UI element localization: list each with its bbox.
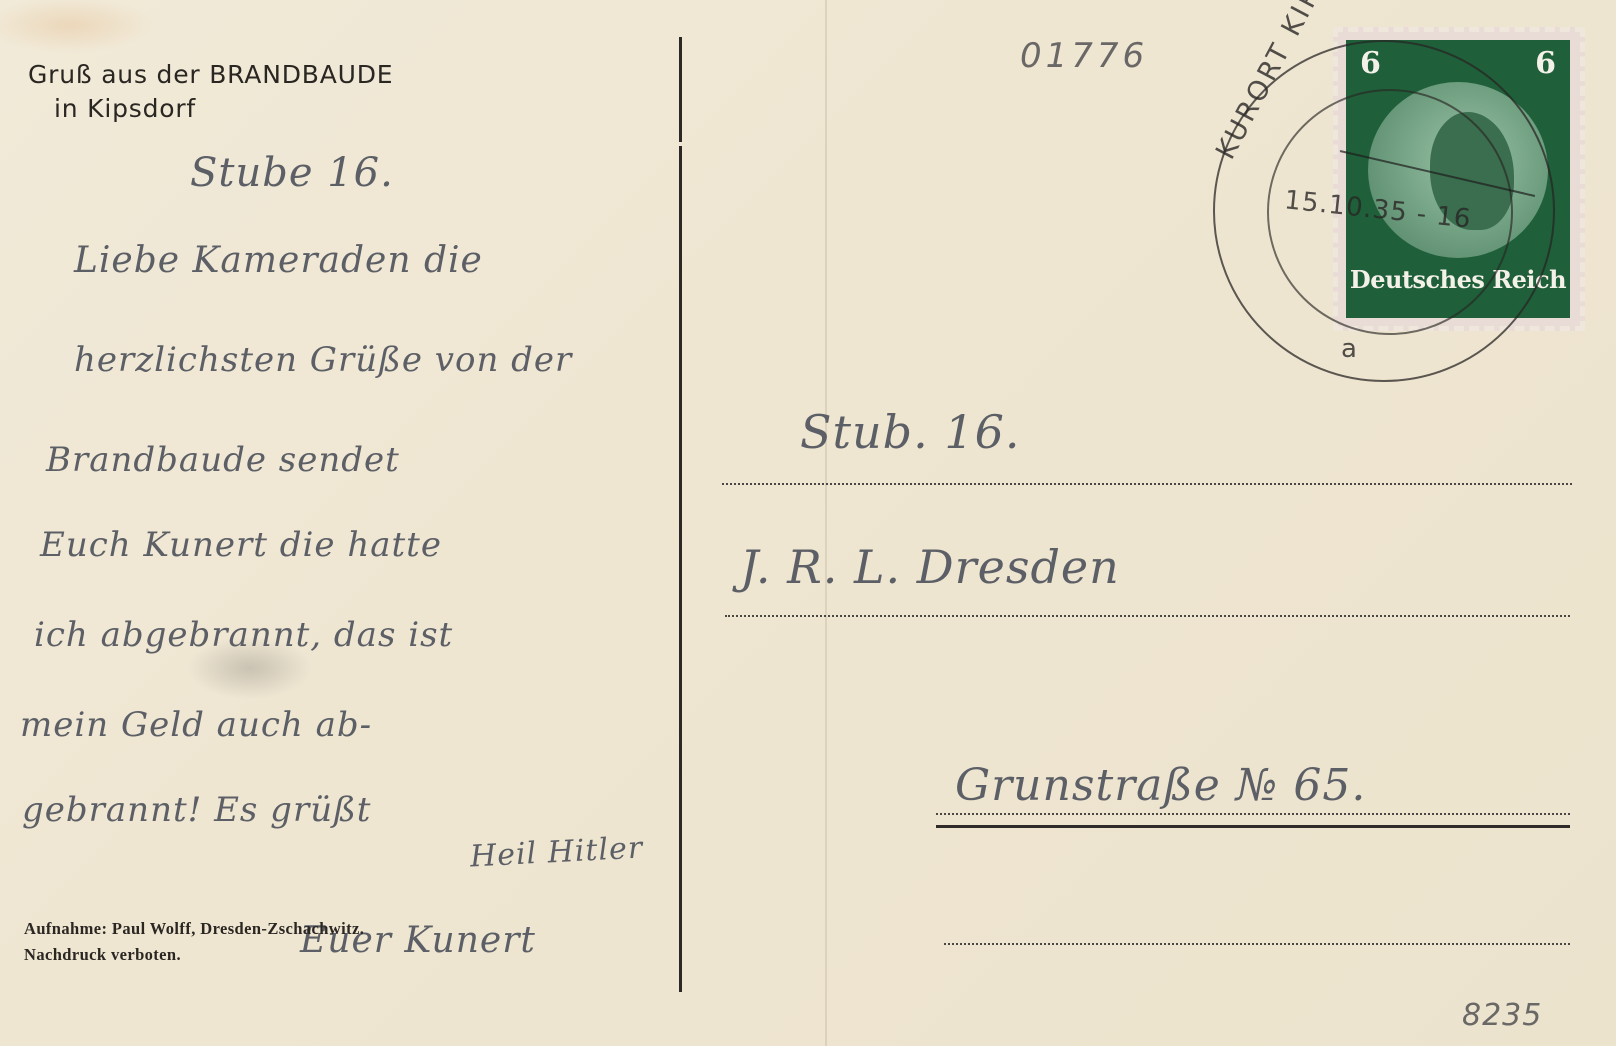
message-line-1: Stube 16. [190,150,394,196]
header-line-2: in Kipsdorf [28,92,393,126]
stamp-value-right: 6 [1535,46,1556,81]
postmark-code: a [1341,334,1357,364]
address-line-2: J. R. L. Dresden [740,540,1120,594]
message-line-4: Brandbaude sendet [46,440,400,480]
address-underline [936,825,1570,828]
message-line-3: herzlichsten Grüße von der [74,340,572,380]
message-line-2: Liebe Kameraden die [74,240,483,281]
center-divider-top [679,37,682,142]
credit-line-2: Nachdruck verboten. [24,942,364,968]
credit-line-1: Aufnahme: Paul Wolff, Dresden-Zschachwit… [24,916,364,942]
message-line-7: mein Geld auch ab- [20,705,372,745]
header-line-1: Gruß aus der BRANDBAUDE [28,60,393,89]
address-dotted-line-4 [944,943,1570,945]
message-line-8: gebrannt! Es grüßt [22,790,371,830]
card-fold-crease [825,0,827,1046]
address-line-1: Stub. 16. [800,405,1020,459]
printed-header: Gruß aus der BRANDBAUDE in Kipsdorf [28,58,393,126]
address-dotted-line-3 [936,813,1570,815]
address-line-3: Grunstraße № 65. [955,760,1366,811]
center-divider-bottom [679,146,682,992]
photo-credit: Aufnahme: Paul Wolff, Dresden-Zschachwit… [24,916,364,968]
postcard-back: Gruß aus der BRANDBAUDE in Kipsdorf Stub… [0,0,1616,1046]
address-dotted-line-1 [722,483,1572,485]
archive-number-bottom: 8235 [1462,998,1542,1033]
message-signoff: Heil Hitler [469,830,644,874]
message-line-5: Euch Kunert die hatte [40,525,442,565]
archive-number-top: 01776 [1020,36,1148,76]
address-dotted-line-2 [725,615,1570,617]
message-line-6: ich abgebrannt, das ist [34,615,453,655]
